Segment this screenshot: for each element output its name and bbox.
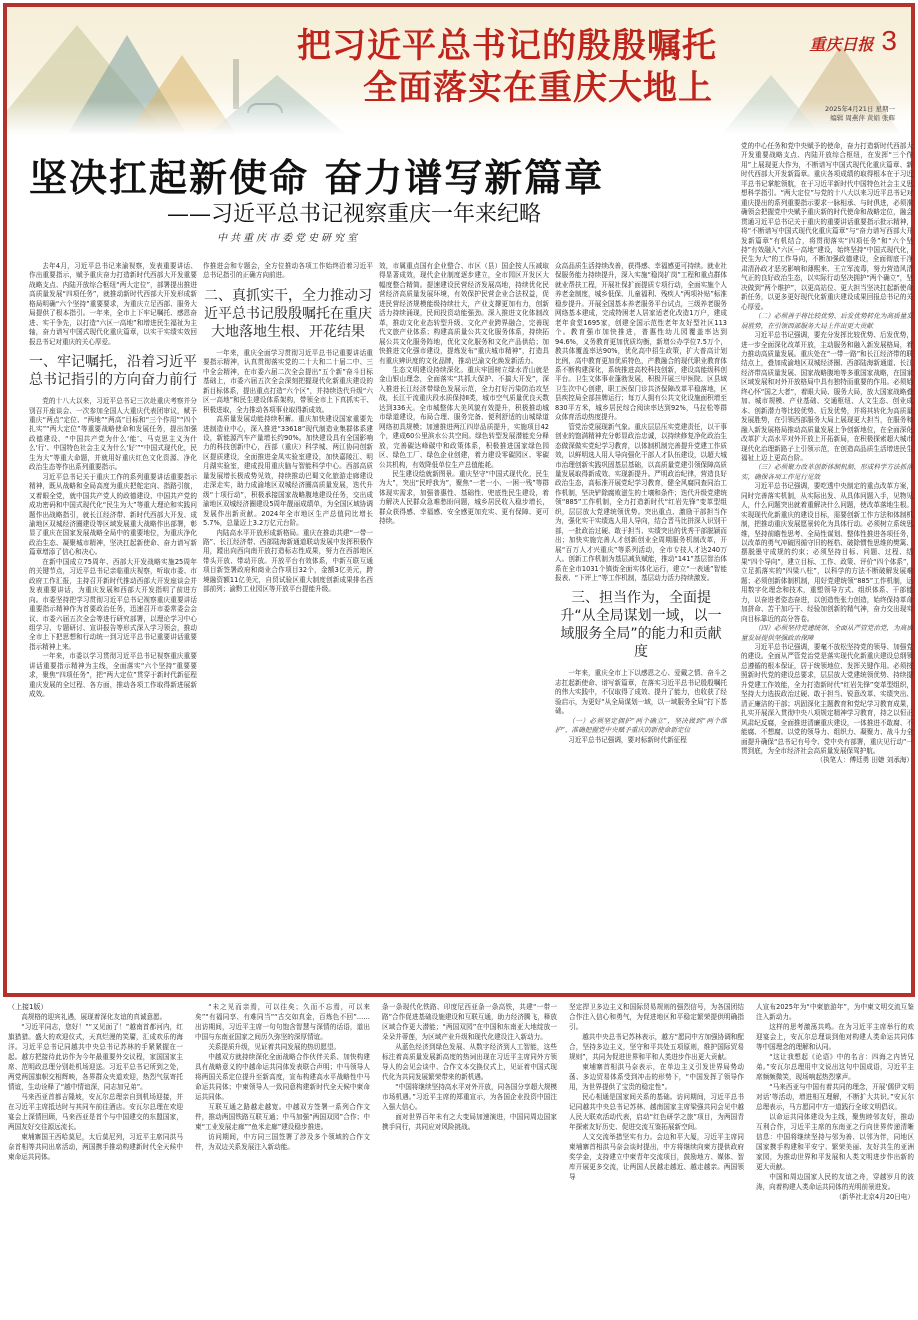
paragraph: “中国将继续坚持高水平对外开放，同各国分享超大规模市场机遇。”习近平主席的郑重宣… — [382, 1082, 557, 1112]
section-heading: 一、牢记嘱托，沿着习近平总书记指引的方向奋力前行 — [29, 353, 197, 389]
paragraph: “未之见而亲焉，可以往矣；久而不忘焉，可以来矣”“有福同享、有难同当”“古交如真… — [195, 1002, 370, 1042]
paragraph: 从蓝色经济到绿色发展、从数字经济到人工智能，这些标注着高质量发展新高度的热词出现… — [382, 1042, 557, 1082]
paragraph: 生态文明建设持续深化。重庆牢固树立绿水青山就是金山银山理念，全面落实“共抓大保护… — [379, 366, 549, 470]
main-article-frame: 把习近平总书记的殷殷嘱托 全面落实在重庆大地上 重庆日报 3 2025年4月21… — [3, 3, 915, 997]
paragraph: 作推进会和专题会，全方位推动各项工作始终沿着习近平总书记指引的正确方向前进。 — [203, 262, 373, 281]
paragraph: 民心相通是国家间关系的基础。访问期间，习近平总书记同越共中央总书记苏林、越南国家… — [569, 1092, 744, 1132]
continued-column-5: 人宣布2025年为“中柬旅游年”，为中柬文明交流互鉴注入新动力。这样的思考激荡共… — [756, 1002, 914, 1318]
paragraph: 高质量发展动能持续积蓄。重庆加快建设国家重要先进制造业中心，深入推进“33618… — [203, 415, 373, 528]
paragraph: 习近平总书记强调，要对标新时代新征程 — [555, 736, 727, 745]
paragraph: 去年4月，习近平总书记来渝视察，发表重要讲话、作出重要指示，赋予重庆奋力打造新时… — [29, 262, 197, 347]
paragraph: 习近平总书记关于重庆工作的系列重要讲话重要指示精神，既从战略和全局高度为重庆把舵… — [29, 473, 197, 558]
banner-title-line1: 把习近平总书记的殷殷嘱托 — [297, 25, 747, 67]
continued-column-3: 条一条现代化铁路、印度尼西亚条一条高铁，共建“一带一路”合作促进基础设施建设和互… — [382, 1002, 557, 1318]
paragraph: 效，市属重点国有企业整合、市区（县）国企按人压减取得显著成效，现代企业制度逐步建… — [379, 262, 549, 366]
paragraph: 关系提质升级，见证着共同发展的热切愿望。 — [195, 1042, 370, 1052]
author-credit: （执笔人：傅廷勇 田婕 刘承海） — [741, 756, 913, 765]
banner-title-line2: 全面落实在重庆大地上 — [297, 67, 747, 109]
continued-column-1: （上接1版）高规格的迎宾礼遇，展现着深化友谊的真诚意愿。“习近平同志，您好！”“… — [8, 1002, 183, 1318]
paragraph: 内陆高水平开放形成新格局。重庆在推动共建“一带一路”、长江经济带、西部陆海新通道… — [203, 529, 373, 595]
masthead: 重庆日报 3 — [809, 25, 897, 57]
paragraph: 习近平总书记强调，要充分发挥比较优势、后发优势，进一步全面深化改革开放，主动服务… — [741, 331, 913, 463]
paragraph: 面对世界百年未有之大变局加速演进，中国同周边国家携手同行，共同应对风险挑战。 — [382, 1112, 557, 1132]
continued-column-4: 坚定捍卫多边主义和国际贸易规则的强烈信号，为各国团结合作注入信心和勇气，为促进地… — [569, 1002, 744, 1318]
paragraph: 管党治党展现新气象。重庆层层压实党建责任，以干事创业的饱满精神充分彰显政治忠诚，… — [555, 423, 727, 584]
banner-title: 把习近平总书记的殷殷嘱托 全面落实在重庆大地上 — [297, 25, 747, 109]
section-heading: 二、真抓实干，全力推动习近平总书记殷殷嘱托在重庆大地落地生根、开花结果 — [203, 287, 373, 341]
paragraph: 以命运共同体建设为主线，聚焦睦邻友好，推动互利合作，习近平主席的东南亚之行向世界… — [756, 1112, 914, 1172]
paragraph: “马来西亚与中国有着共同的理念，开展‘儒伊文明对话’等活动，增进相互理解，不断扩… — [756, 1082, 914, 1112]
issue-date: 2025年4月21日 星期一 — [825, 105, 895, 114]
section-heading: 三、担当作为，全面提升“从全局谋划一域，以一域服务全局”的能力和贡献度 — [555, 589, 727, 661]
paragraph: 中国和周边国家人民的友谊之舟，穿越岁月的波涛，向着构建人类命运共同体的光明前景进… — [756, 1172, 914, 1192]
paragraph: 柬埔寨国王西哈莫尼，太后莫尼列，习近平主席同洪马奈首相等共同出席活动，两国携手推… — [8, 1132, 183, 1162]
paragraph: 马来西亚首都吉隆坡，安瓦尔总理亲自到机场迎接，并在习近平主席抵达时与其同车前往酒… — [8, 1092, 183, 1132]
editors-credit: 编辑 周燕萍 黄娟 张辉 — [825, 114, 895, 123]
article-column-1: 去年4月，习近平总书记来渝视察，发表重要讲话、作出重要指示，赋予重庆奋力打造新时… — [29, 262, 197, 997]
article-byline: 中共重庆市委党史研究室 — [217, 229, 517, 244]
article-column-5: 党的中心任务和党中央赋予的使命，奋力打造新时代西部大开发重要战略支点、内陆开放综… — [741, 142, 913, 1000]
paragraph: 在新中国成立75周年、西部大开发战略实施25周年的关键节点，习近平总书记亲临重庆… — [29, 558, 197, 653]
paragraph: 一年来，重庆全市上下以感恩之心、爱戴之情、奋斗之志扛起新使命、谱写新篇章，在落实… — [555, 669, 727, 716]
paragraph: 人文交流举措坚实有力。会边和平大厦，习近平主席同柬埔寨首相洪马奈会谈时提出，中方… — [569, 1132, 744, 1182]
continued-from-label: （上接1版） — [8, 1002, 183, 1012]
subsection-heading: （四）必须坚持党建统领、全面从严管党治党，为高质量发展提供坚强政治保障 — [741, 624, 913, 643]
article-subheadline: ——习近平总书记视察重庆一年来纪略 — [167, 197, 707, 228]
subsection-heading: （一）必须坚定拥护“两个确立”、坚决做到“两个维护”，准确把握党中央赋予重庆的新… — [555, 717, 727, 736]
continued-column-2: “未之见而亲焉，可以往矣；久而不忘焉，可以来矣”“有福同享、有难同当”“古交如真… — [195, 1002, 370, 1318]
paragraph: “习近平同志，您好！”“又见面了！”越南首都河内，红旗猎猎。盛大的欢迎仪式，天真… — [8, 1022, 183, 1092]
paragraph: 坚定捍卫多边主义和国际贸易规则的强烈信号，为各国团结合作注入信心和勇气，为促进地… — [569, 1002, 744, 1032]
article-column-3: 效，市属重点国有企业整合、市区（县）国企按人压减取得显著成效，现代企业制度逐步建… — [379, 262, 549, 997]
paragraph: 习近平总书记强调，要毫不放松坚持党的领导、加强党的建设。全面从严管党治党是落实现… — [741, 643, 913, 756]
paragraph: 习近平总书记强调，要吃透中央制定的重点改革方案，同时完善落实机制，从实际出发、从… — [741, 482, 913, 624]
article-column-4: 众高品质生活持续改善，获得感、幸福感更可持续。就业社保服务能力持续提升，深入实施… — [555, 262, 727, 997]
paragraph: 一年来，重庆全面学习贯彻习近平总书记重要讲话重要指示精神，认真贯彻落实党的二十大… — [203, 349, 373, 415]
paragraph: 访问期间，中方同三国签署了涉及多个领域的合作文件，为双边关系发展注入新动能。 — [195, 1132, 370, 1152]
paragraph: 条一条现代化铁路、印度尼西亚条一条高铁，共建“一带一路”合作促进基础设施建设和互… — [382, 1002, 557, 1042]
paragraph: 人宣布2025年为“中柬旅游年”，为中柬文明交流互鉴注入新动力。 — [756, 1002, 914, 1022]
page-number: 3 — [881, 25, 897, 57]
author-credit: （新华社北京4月20日电） — [756, 1192, 914, 1202]
paragraph: 党的中心任务和党中央赋予的使命，奋力打造新时代西部大开发重要战略支点、内陆开放综… — [741, 142, 913, 312]
newspaper-logo: 重庆日报 — [809, 32, 873, 55]
article-column-2: 作推进会和专题会，全方位推动各项工作始终沿着习近平总书记指引的正确方向前进。二、… — [203, 262, 373, 997]
paragraph: 中越双方就持续深化全面战略合作伙伴关系、加快构建具有战略意义的中越命运共同体发表… — [195, 1052, 370, 1102]
paragraph: 越共中央总书记苏林表示，越方“愿同中方加强协调和配合，坚持多边主义，坚守和平共处… — [569, 1032, 744, 1062]
paragraph: 一年来，市委以学习贯彻习近平总书记视察重庆重要讲话重要指示精神为主线，全面落实“… — [29, 652, 197, 699]
article-headline: 坚决扛起新使命 奋力谱写新篇章 — [29, 147, 729, 202]
paragraph: 众高品质生活持续改善，获得感、幸福感更可持续。就业社保服务能力持续提升，深入实施… — [555, 262, 727, 423]
subsection-heading: （三）必须聚力改革创新体制机制、形成科学方法抓落实，确保各项工作见行见效 — [741, 463, 913, 482]
paragraph: 党的十八大以来，习近平总书记三次赴重庆考察并分别召开座谈会、一次参加全国人大重庆… — [29, 397, 197, 473]
paragraph: 柬埔寨首相洪马奈表示，在单边主义引发世界局势动荡、多边贸易体系受到冲击的形势下，… — [569, 1062, 744, 1092]
paragraph: 高规格的迎宾礼遇，展现着深化友谊的真诚意愿。 — [8, 1012, 183, 1022]
paragraph: 民生建设绘就新图景。重庆坚守“中国式现代化，民生为大”，突出“民呼我为”，聚焦“… — [379, 470, 549, 527]
page-banner: 把习近平总书记的殷殷嘱托 全面落实在重庆大地上 重庆日报 3 2025年4月21… — [7, 7, 911, 135]
dateline: 2025年4月21日 星期一 编辑 周燕萍 黄娟 张辉 — [825, 105, 895, 123]
paragraph: “这让我想起《论语》中的名言：四海之内皆兄弟。”安瓦尔总理用中文说出这句中国成语… — [756, 1052, 914, 1082]
paragraph: 这样的思考激荡共鸣。在为习近平主席举行的欢迎宴会上，安瓦尔总理谈到他对构建人类命… — [756, 1022, 914, 1052]
paragraph: 互联互通之路越走越宽。中越双方签署一系列合作文件，推动两国铁路互联互通；中马加强… — [195, 1102, 370, 1132]
subsection-heading: （二）必须善于将比较优势、后发优势转化为高质量发展胜势，在引领西部服务大局上作出… — [741, 312, 913, 331]
